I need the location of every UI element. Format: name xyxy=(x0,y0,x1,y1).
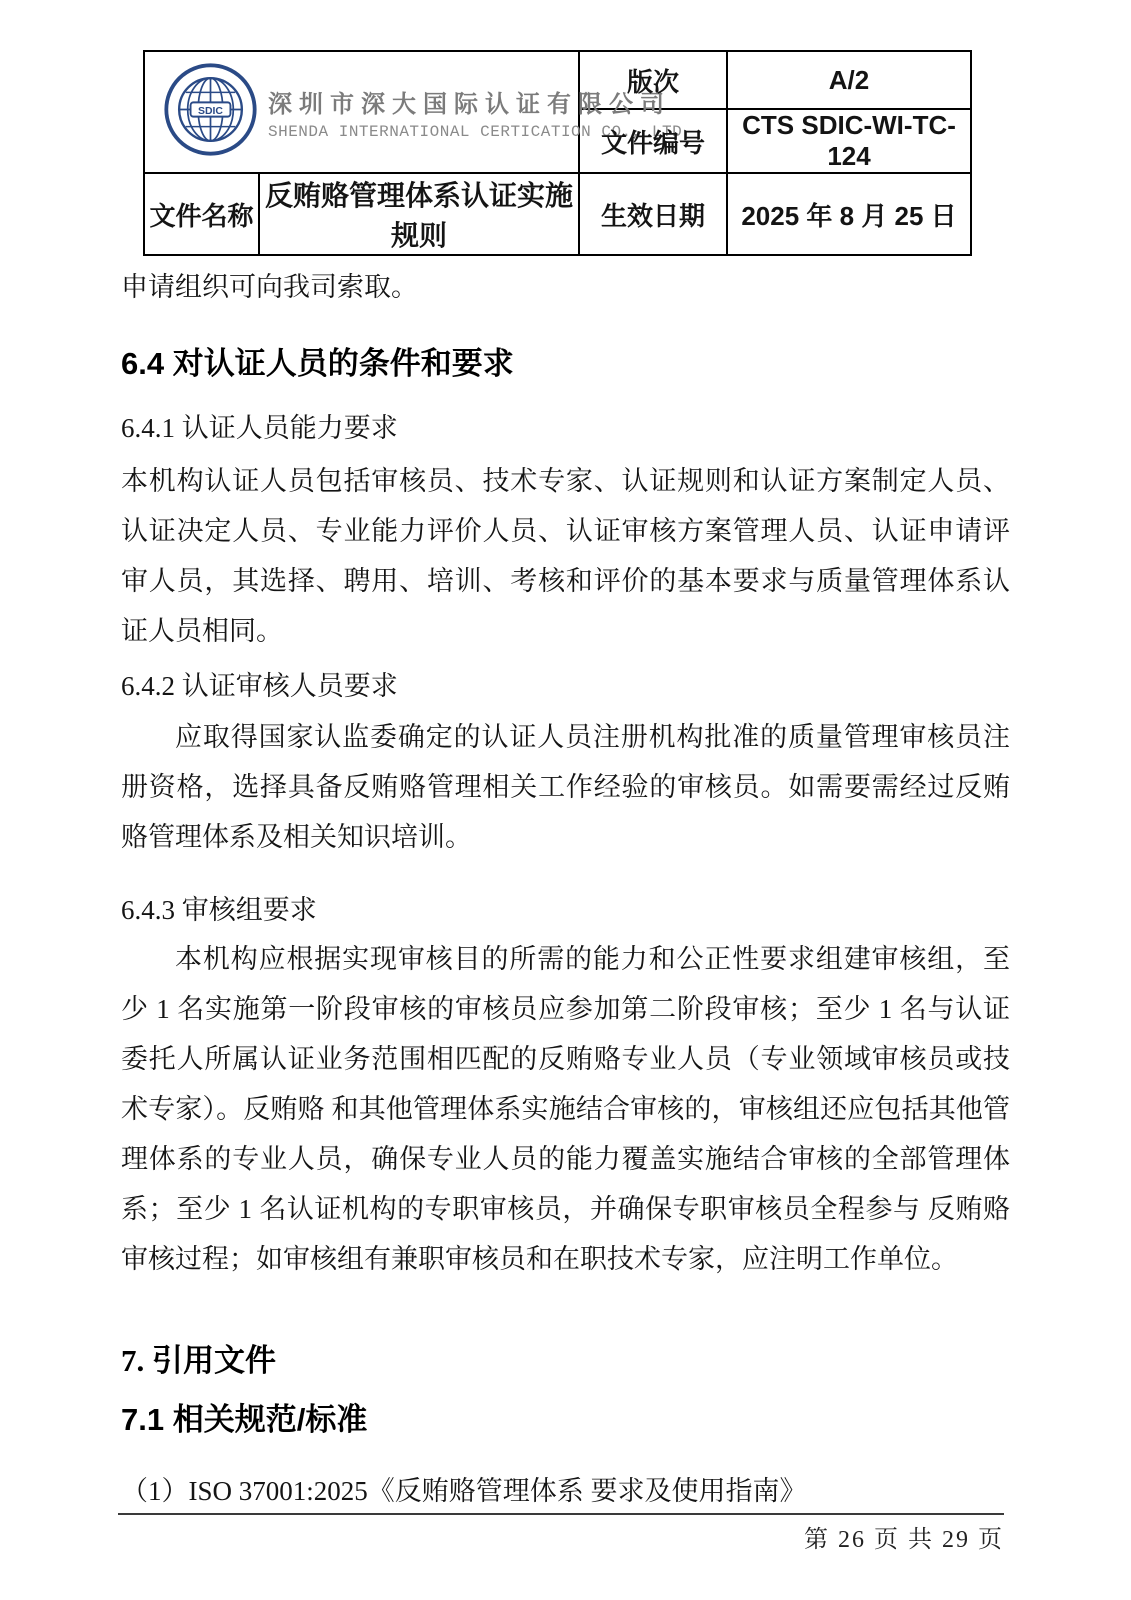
doc-name-value: 反贿赂管理体系认证实施规则 xyxy=(259,173,579,255)
company-logo-cell: SDIC 深圳市深大国际认证有限公司 SHENDA INTERNATIONAL … xyxy=(144,51,579,173)
logo-abbr-text: SDIC xyxy=(198,106,223,117)
effective-date-label: 生效日期 xyxy=(579,173,727,255)
page-number: 第 26 页 共 29 页 xyxy=(118,1519,1004,1554)
section-7-heading: 7. 引用文件 xyxy=(121,1340,1010,1382)
company-name-cn: 深圳市深大国际认证有限公司 xyxy=(268,84,671,119)
doc-number-value: CTS SDIC-WI-TC-124 xyxy=(727,109,971,173)
section-6-4-3-heading: 6.4.3 审核组要求 xyxy=(121,890,1010,930)
intro-line: 申请组织可向我司索取。 xyxy=(121,262,1010,312)
document-page: SDIC 深圳市深大国际认证有限公司 SHENDA INTERNATIONAL … xyxy=(0,0,1131,1600)
company-globe-logo-icon: SDIC xyxy=(163,62,258,162)
section-6-4-2-paragraph: 应取得国家认监委确定的认证人员注册机构批准的质量管理审核员注册资格，选择具备反贿… xyxy=(121,712,1010,862)
page-content: SDIC 深圳市深大国际认证有限公司 SHENDA INTERNATIONAL … xyxy=(0,0,1131,1516)
section-7-1-heading: 7.1 相关规范/标准 xyxy=(121,1400,1010,1440)
version-value: A/2 xyxy=(727,51,971,109)
doc-name-label: 文件名称 xyxy=(144,173,259,255)
document-header-table: SDIC 深圳市深大国际认证有限公司 SHENDA INTERNATIONAL … xyxy=(143,50,972,256)
reference-item-1: （1）ISO 37001:2025《反贿赂管理体系 要求及使用指南》 xyxy=(121,1466,1010,1516)
section-6-4-1-heading: 6.4.1 认证人员能力要求 xyxy=(121,408,1010,448)
effective-date-value: 2025 年 8 月 25 日 xyxy=(727,173,971,255)
section-6-4-1-paragraph: 本机构认证人员包括审核员、技术专家、认证规则和认证方案制定人员、认证决定人员、专… xyxy=(121,456,1010,656)
footer-divider xyxy=(118,1513,1004,1515)
section-6-4-2-heading: 6.4.2 认证审核人员要求 xyxy=(121,666,1010,706)
page-footer: 第 26 页 共 29 页 xyxy=(118,1513,1004,1554)
section-6-4-3-paragraph: 本机构应根据实现审核目的所需的能力和公正性要求组建审核组，至少 1 名实施第一阶… xyxy=(121,934,1010,1284)
section-6-4-heading: 6.4 对认证人员的条件和要求 xyxy=(121,344,1010,384)
document-body: 申请组织可向我司索取。 6.4 对认证人员的条件和要求 6.4.1 认证人员能力… xyxy=(121,262,1010,1516)
